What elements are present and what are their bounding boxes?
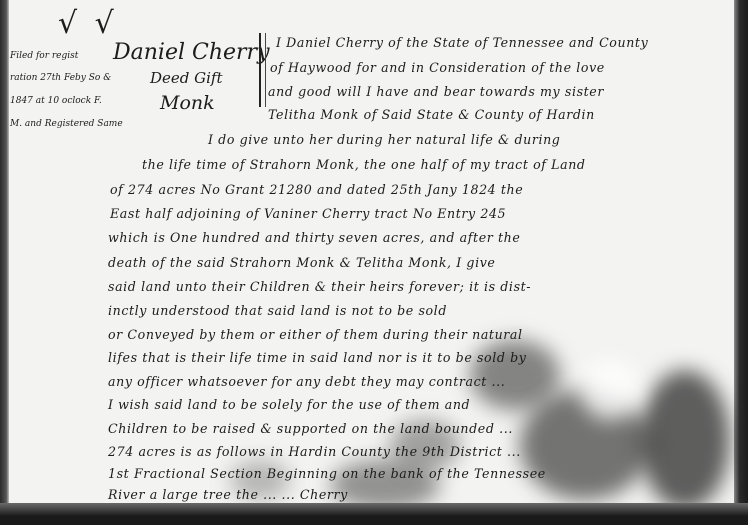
- deed-line: the life time of Strahorn Monk, the one …: [142, 157, 586, 172]
- deed-line: of Haywood for and in Consideration of t…: [270, 60, 605, 75]
- binding-shadow-left: [0, 0, 9, 525]
- page-bottom-shadow: [0, 503, 748, 525]
- deed-line: I Daniel Cherry of the State of Tennesse…: [276, 35, 648, 50]
- deed-line: Children to be raised & supported on the…: [108, 421, 513, 436]
- deed-line: inctly understood that said land is not …: [108, 303, 447, 318]
- margin-note-line: 1847 at 10 oclock F.: [10, 96, 102, 106]
- margin-bracket: [259, 33, 266, 107]
- margin-note-line: Filed for regist: [10, 51, 78, 61]
- deed-line: I do give unto her during her natural li…: [208, 132, 560, 147]
- deed-line: 1st Fractional Section Beginning on the …: [108, 466, 546, 481]
- margin-note-line: ration 27th Feby So &: [10, 73, 111, 83]
- grantee-name: Monk: [160, 92, 215, 114]
- deed-line: said land unto their Children & their he…: [108, 279, 531, 294]
- deed-line: Telitha Monk of Said State & County of H…: [268, 107, 595, 122]
- deed-line: death of the said Strahorn Monk & Telith…: [108, 255, 496, 270]
- binding-shadow-right: [734, 0, 748, 525]
- grantor-name: Daniel Cherry: [113, 40, 270, 65]
- light-spot: [580, 360, 640, 420]
- deed-line: which is One hundred and thirty seven ac…: [108, 230, 520, 245]
- document-page: √ √ Filed for regist ration 27th Feby So…: [0, 0, 748, 525]
- deed-line: River a large tree the ... ... Cherry: [108, 487, 348, 502]
- deed-line: or Conveyed by them or either of them du…: [108, 327, 523, 342]
- instrument-type: Deed Gift: [150, 69, 223, 87]
- ink-stain: [640, 370, 730, 510]
- margin-note-line: M. and Registered Same: [10, 119, 123, 129]
- deed-line: and good will I have and bear towards my…: [268, 84, 604, 99]
- deed-line: lifes that is their life time in said la…: [108, 350, 527, 365]
- deed-line: any officer whatsoever for any debt they…: [108, 374, 505, 389]
- page-mark: √ √: [58, 6, 118, 41]
- deed-line: of 274 acres No Grant 21280 and dated 25…: [110, 182, 523, 197]
- deed-line: 274 acres is as follows in Hardin County…: [108, 444, 521, 459]
- deed-line: East half adjoining of Vaniner Cherry tr…: [110, 206, 506, 221]
- deed-line: I wish said land to be solely for the us…: [108, 397, 470, 412]
